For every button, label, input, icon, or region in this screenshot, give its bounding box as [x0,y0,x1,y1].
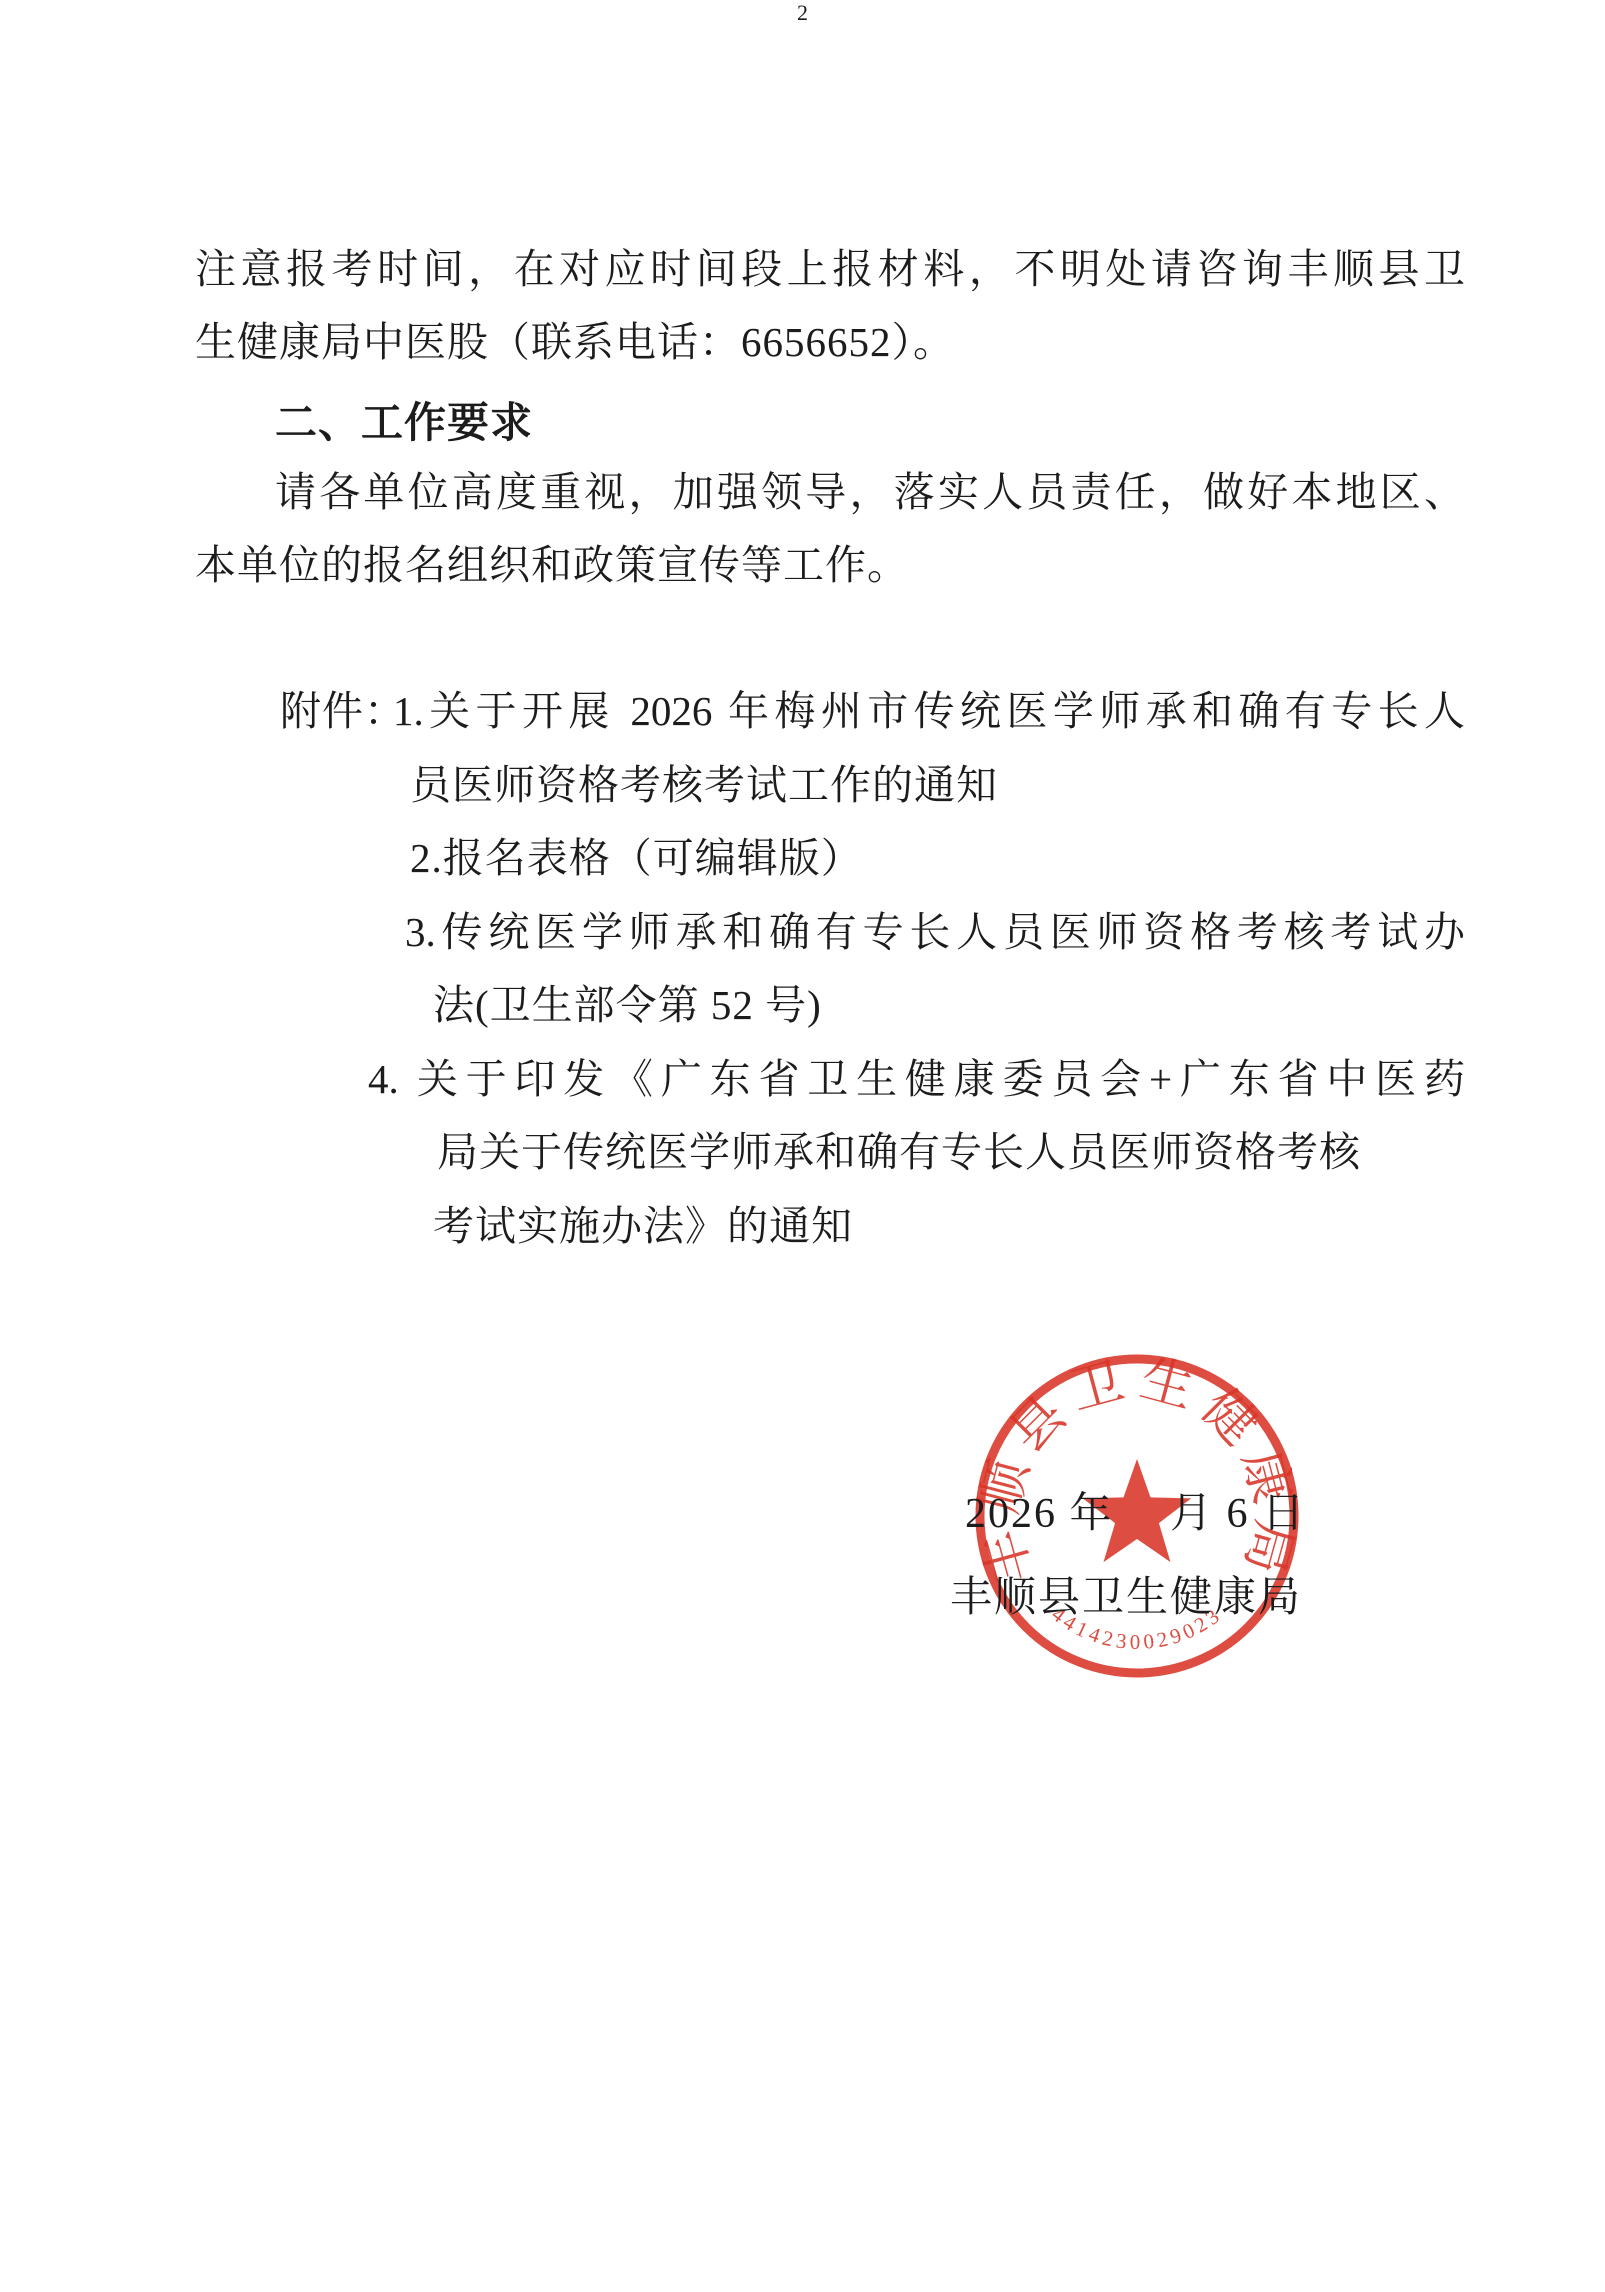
signature-organization: 丰顺县卫生健康局 [950,1574,1302,1622]
section-heading: 二、工作要求 [275,399,533,446]
body-paragraph2-line1: 请各单位高度重视，加强领导，落实人员责任，做好本地区、 [275,469,1465,516]
attachment-item2: 2.报名表格（可编辑版） [410,835,863,882]
page-number: 2 [0,0,1605,26]
attachment-item3-line1: 3.传统医学师承和确有专长人员医师资格考核考试办 [405,909,1465,956]
body-paragraph1-line1: 注意报考时间，在对应时间段上报材料，不明处请咨询丰顺县卫 [195,246,1465,293]
attachment-item4-line2: 局关于传统医学师承和确有专长人员医师资格考核 [437,1129,1361,1176]
attachments-label: 附件： [280,688,406,735]
attachment-item4-line3: 考试实施办法》的通知 [433,1203,853,1250]
signature-date: 2026 年 月 6 日 [965,1490,1306,1538]
attachment-item4-line1: 4. 关于印发《广东省卫生健康委员会+广东省中医药 [368,1056,1465,1103]
attachment-item3-line2: 法(卫生部令第 52 号) [433,982,822,1029]
attachment-item1-line1: 1.关于开展 2026 年梅州市传统医学师承和确有专长人 [393,688,1465,735]
document-page: 注意报考时间，在对应时间段上报材料，不明处请咨询丰顺县卫 生健康局中医股（联系电… [0,0,1605,2292]
attachment-item1-line2: 员医师资格考核考试工作的通知 [410,762,998,809]
body-paragraph1-line2: 生健康局中医股（联系电话：6656652）。 [195,319,955,366]
body-paragraph2-line2: 本单位的报名组织和政策宣传等工作。 [195,542,909,589]
